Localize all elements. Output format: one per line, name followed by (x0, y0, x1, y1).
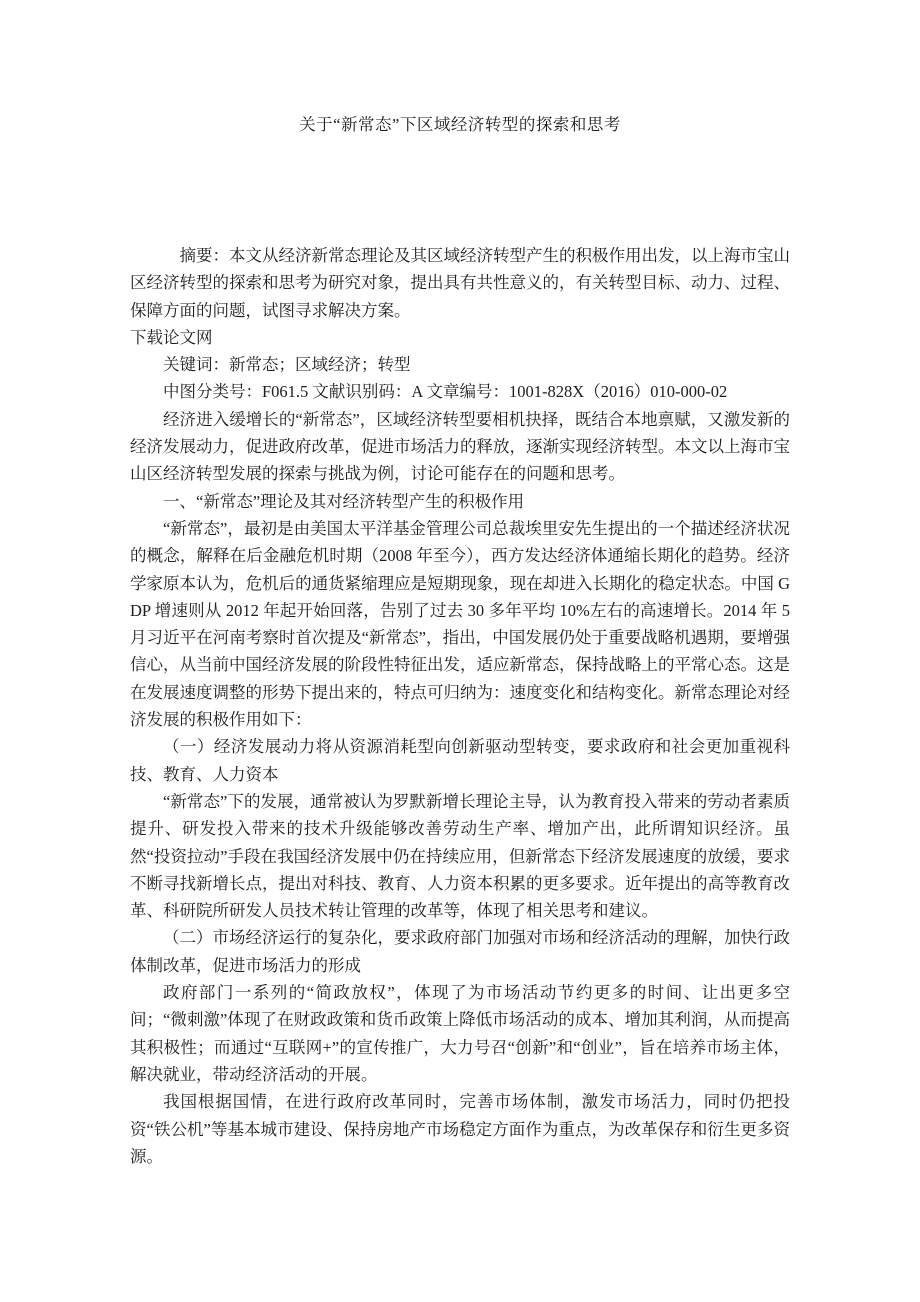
classification-line: 中图分类号：F061.5 文献识别码：A 文章编号：1001-828X（2016… (130, 378, 790, 405)
title-spacer (130, 138, 790, 242)
keywords-line: 关键词：新常态；区域经济；转型 (130, 351, 790, 378)
subsection-heading-two: （二）市场经济运行的复杂化，要求政府部门加强对市场和经济活动的理解，加快行政体制… (130, 924, 790, 979)
abstract-paragraph: 摘要：本文从经济新常态理论及其区域经济转型产生的积极作用出发，以上海市宝山区经济… (130, 242, 790, 324)
body-paragraph-new-normal-origin: “新常态”，最初是由美国太平洋基金管理公司总裁埃里安先生提出的一个描述经济状况的… (130, 515, 790, 733)
section-heading-one: 一、“新常态”理论及其对经济转型产生的积极作用 (130, 488, 790, 515)
document-page: 关于“新常态”下区域经济转型的探索和思考 摘要：本文从经济新常态理论及其区域经济… (0, 0, 920, 1302)
subsection-heading-one: （一）经济发展动力将从资源消耗型向创新驱动型转变，要求政府和社会更加重视科技、教… (130, 733, 790, 788)
source-site-line: 下载论文网 (130, 324, 790, 351)
document-title: 关于“新常态”下区域经济转型的探索和思考 (130, 111, 790, 138)
body-paragraph-government-reform: 政府部门一系列的“简政放权”，体现了为市场活动节约更多的时间、让出更多空间；“微… (130, 979, 790, 1088)
body-paragraph-national-conditions: 我国根据国情，在进行政府改革同时，完善市场体制，激发市场活力，同时仍把投资“铁公… (130, 1088, 790, 1170)
body-paragraph-knowledge-economy: “新常态”下的发展，通常被认为罗默新增长理论主导，认为教育投入带来的劳动者素质提… (130, 788, 790, 924)
intro-paragraph: 经济进入缓增长的“新常态”，区域经济转型要相机抉择，既结合本地禀赋，又激发新的经… (130, 406, 790, 488)
